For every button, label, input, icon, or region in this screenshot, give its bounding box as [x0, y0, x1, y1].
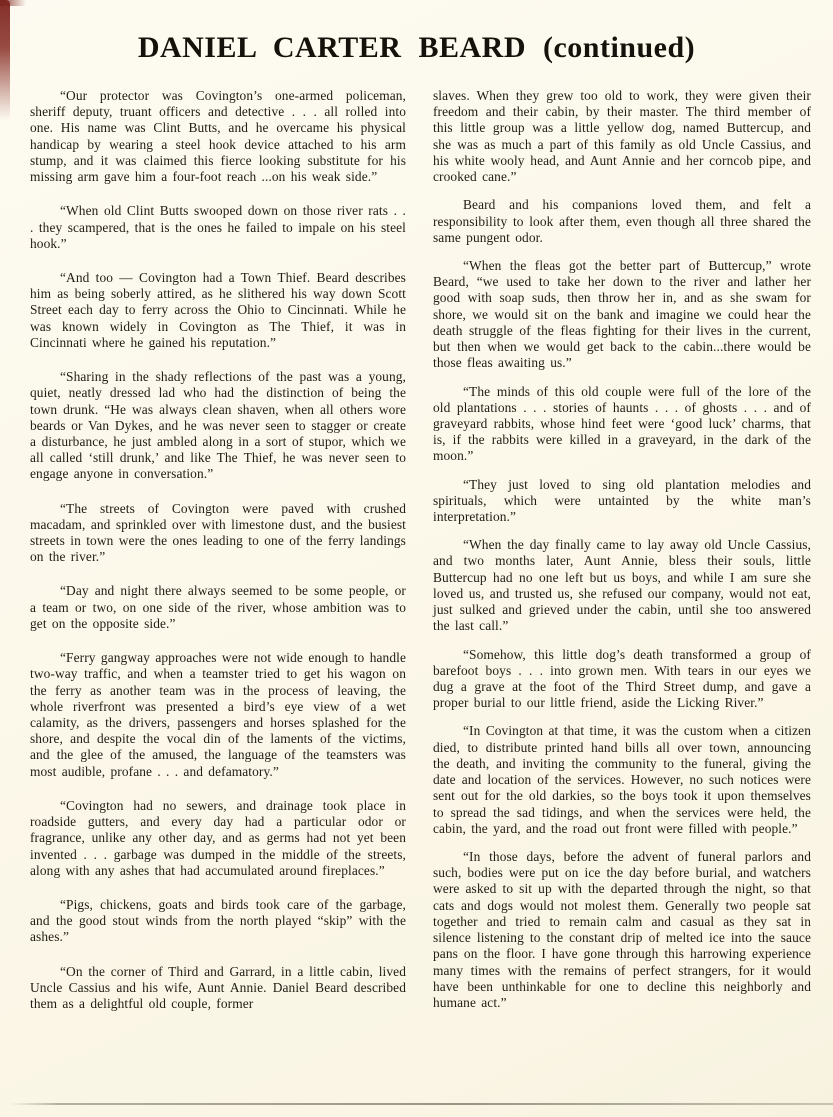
- paragraph: “When the fleas got the better part of B…: [433, 258, 811, 372]
- paragraph: “Somehow, this little dog’s death transf…: [433, 647, 811, 712]
- paragraph: Beard and his companions loved them, and…: [433, 197, 811, 246]
- paragraph: “When old Clint Butts swooped down on th…: [30, 203, 406, 252]
- paragraph: “Covington had no sewers, and drainage t…: [30, 798, 406, 879]
- scan-shadow-line: [10, 1103, 833, 1105]
- paragraph: “On the corner of Third and Garrard, in …: [30, 964, 406, 1013]
- paragraph: “The streets of Covington were paved wit…: [30, 501, 406, 566]
- left-column: “Our protector was Covington’s one-armed…: [30, 88, 406, 1030]
- scan-edge-stain-top: [0, 0, 26, 6]
- paragraph: “Sharing in the shady reflections of the…: [30, 369, 406, 483]
- paragraph: “In Covington at that time, it was the c…: [433, 723, 811, 837]
- paragraph: “Ferry gangway approaches were not wide …: [30, 650, 406, 780]
- paragraph-continuation: slaves. When they grew too old to work, …: [433, 88, 811, 185]
- paragraph: “In those days, before the advent of fun…: [433, 849, 811, 1011]
- page-title: DANIEL CARTER BEARD (continued): [0, 0, 833, 64]
- scanned-book-page: DANIEL CARTER BEARD (continued) “Our pro…: [0, 0, 833, 1117]
- right-column: slaves. When they grew too old to work, …: [433, 88, 811, 1030]
- paragraph: “The minds of this old couple were full …: [433, 384, 811, 465]
- paragraph: “When the day finally came to lay away o…: [433, 537, 811, 634]
- paragraph: “Day and night there always seemed to be…: [30, 583, 406, 632]
- text-columns: “Our protector was Covington’s one-armed…: [0, 64, 833, 1030]
- paragraph: “They just loved to sing old plantation …: [433, 477, 811, 526]
- scan-edge-stain: [0, 0, 10, 120]
- paragraph: “Our protector was Covington’s one-armed…: [30, 88, 406, 185]
- paragraph: “And too — Covington had a Town Thief. B…: [30, 270, 406, 351]
- paragraph: “Pigs, chickens, goats and birds took ca…: [30, 897, 406, 946]
